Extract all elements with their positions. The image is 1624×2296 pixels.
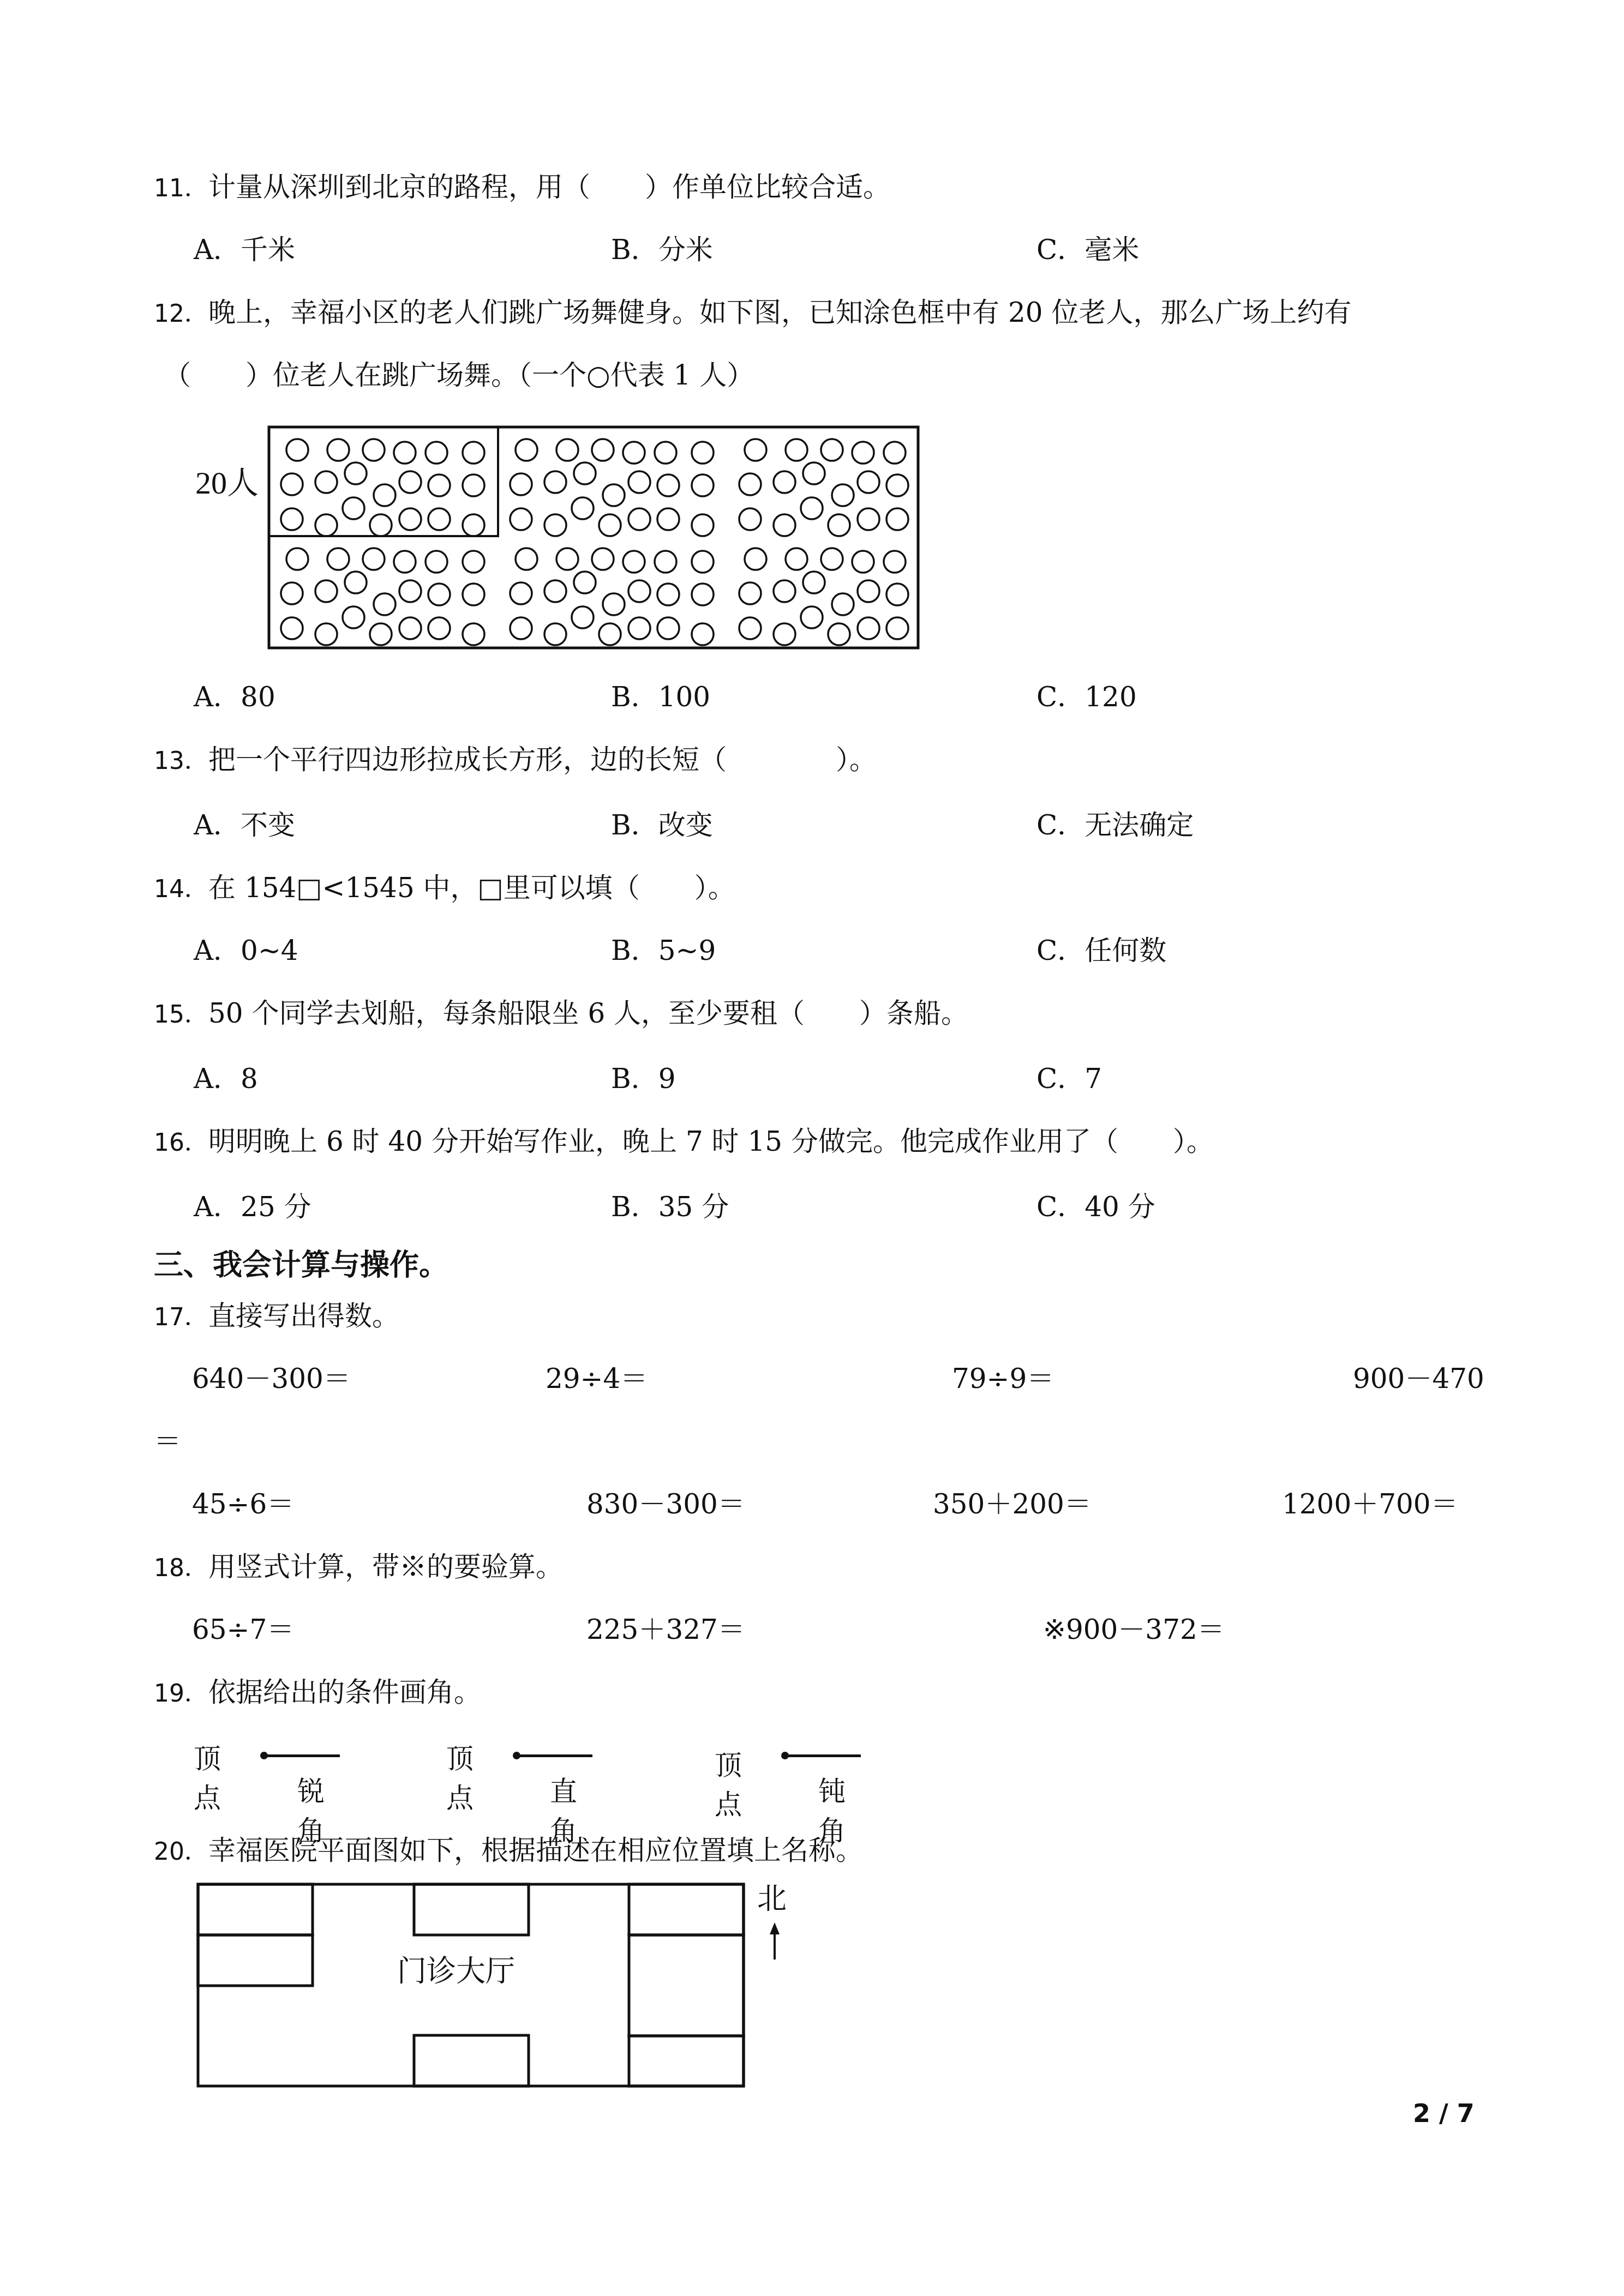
person-circle-icon — [428, 584, 450, 605]
question-text: 计量从深圳到北京的路程，用（ ）作单位比较合适。 — [208, 171, 890, 203]
person-circle-icon — [884, 442, 906, 464]
person-circle-icon — [463, 442, 484, 464]
person-circle-icon — [428, 508, 450, 530]
person-circle-icon — [886, 617, 908, 639]
question-number: 11． — [154, 175, 208, 202]
person-circle-icon — [516, 439, 537, 461]
person-circle-icon — [572, 497, 594, 519]
person-circle-icon — [786, 548, 807, 570]
person-circle-icon — [623, 442, 645, 464]
question-text: 把一个平行四边形拉成长方形，边的长短（ ）。 — [208, 744, 877, 776]
question-text: 在 154□<1545 中，□里可以填（ ）。 — [208, 872, 735, 904]
option-a: A．25 分 — [194, 1191, 311, 1223]
person-circle-icon — [544, 623, 566, 645]
question-number: 19． — [154, 1680, 208, 1708]
person-circle-icon — [363, 548, 385, 570]
person-circle-icon — [544, 514, 566, 536]
question-17: 17．直接写出得数。 — [154, 1300, 399, 1334]
person-circle-icon — [886, 508, 908, 530]
person-circle-icon — [628, 580, 650, 602]
person-circle-icon — [858, 580, 879, 602]
option-c: C．无法确定 — [1036, 809, 1194, 842]
question-14: 14．在 154□<1545 中，□里可以填（ ）。 — [154, 871, 735, 906]
north-arrow-icon — [766, 1922, 783, 1961]
person-circle-icon — [394, 551, 416, 573]
person-circle-icon — [858, 471, 879, 493]
person-circle-icon — [544, 471, 566, 493]
person-circle-icon — [803, 572, 825, 593]
person-circle-icon — [801, 606, 823, 628]
person-circle-icon — [592, 439, 614, 461]
person-circle-icon — [628, 471, 650, 493]
question-12: 12．晚上，幸福小区的老人们跳广场舞健身。如下图，已知涂色框中有 20 位老人，… — [154, 296, 1351, 330]
person-circle-icon — [281, 582, 303, 604]
person-circle-icon — [774, 623, 795, 645]
person-circle-icon — [394, 442, 416, 464]
calc-item: 79÷9＝ — [952, 1362, 1054, 1395]
person-circle-icon — [370, 623, 392, 645]
section-heading: 三、我会计算与操作。 — [154, 1248, 448, 1283]
person-circle-icon — [544, 580, 566, 602]
option-c: C．毫米 — [1036, 233, 1139, 266]
person-circle-icon — [463, 584, 484, 605]
person-circle-icon — [510, 473, 532, 495]
person-circle-icon — [281, 508, 303, 530]
person-circle-icon — [286, 439, 308, 461]
person-circle-icon — [852, 442, 874, 464]
person-circle-icon — [574, 572, 596, 593]
question-text: 50 个同学去划船，每条船限坐 6 人，至少要租（ ）条船。 — [208, 997, 968, 1029]
option-b: B．100 — [611, 681, 710, 713]
option-b: B．35 分 — [611, 1191, 729, 1223]
person-circle-icon — [510, 617, 532, 639]
person-circle-icon — [739, 582, 761, 604]
option-a: A．千米 — [194, 233, 295, 266]
question-12-line2: （ ）位老人在跳广场舞。（一个○代表 1 人） — [164, 359, 754, 392]
question-number: 13． — [154, 747, 208, 775]
option-b: B．改变 — [611, 809, 713, 842]
person-circle-icon — [315, 471, 337, 493]
person-circle-icon — [774, 514, 795, 536]
person-circle-icon — [657, 617, 679, 639]
question-15: 15．50 个同学去划船，每条船限坐 6 人，至少要租（ ）条船。 — [154, 997, 968, 1031]
person-circle-icon — [603, 484, 625, 506]
ray-line — [263, 1754, 340, 1757]
person-circle-icon — [370, 514, 392, 536]
north-label: 北 — [757, 1883, 787, 1915]
person-circle-icon — [574, 462, 596, 484]
person-circle-icon — [657, 474, 679, 496]
person-circle-icon — [801, 497, 823, 519]
person-circle-icon — [832, 593, 854, 615]
question-13: 13．把一个平行四边形拉成长方形，边的长短（ ）。 — [154, 743, 877, 778]
option-b: B．分米 — [611, 233, 713, 266]
person-circle-icon — [516, 548, 537, 570]
calc-item: 29÷4＝ — [546, 1362, 648, 1395]
person-circle-icon — [692, 442, 714, 464]
person-circle-icon — [623, 551, 645, 573]
person-circle-icon — [828, 623, 850, 645]
page-number: 2 / 7 — [1413, 2099, 1475, 2128]
person-circle-icon — [655, 442, 676, 464]
person-circle-icon — [628, 508, 650, 530]
person-circle-icon — [556, 548, 578, 570]
person-circle-icon — [463, 623, 484, 645]
person-circle-icon — [572, 606, 594, 628]
person-circle-icon — [286, 548, 308, 570]
question-18: 18．用竖式计算，带※的要验算。 — [154, 1550, 563, 1585]
question-number: 18． — [154, 1554, 208, 1582]
figure-label-20: 20人 — [195, 457, 259, 503]
person-circle-icon — [739, 508, 761, 530]
question-16: 16．明明晚上 6 时 40 分开始写作业，晚上 7 时 15 分做完。他完成作… — [154, 1125, 1214, 1159]
dancers-figure — [267, 425, 922, 652]
person-circle-icon — [399, 508, 421, 530]
question-text: 明明晚上 6 时 40 分开始写作业，晚上 7 时 15 分做完。他完成作业用了… — [208, 1126, 1214, 1157]
person-circle-icon — [399, 617, 421, 639]
person-circle-icon — [692, 474, 714, 496]
person-circle-icon — [343, 497, 364, 519]
person-circle-icon — [281, 617, 303, 639]
option-b: B．9 — [611, 1062, 676, 1095]
person-circle-icon — [739, 617, 761, 639]
calc-item: 640－300＝ — [192, 1362, 351, 1395]
calc-item: 1200＋700＝ — [1282, 1488, 1458, 1520]
option-c: C．7 — [1036, 1062, 1102, 1095]
person-circle-icon — [786, 439, 807, 461]
person-circle-icon — [426, 551, 447, 573]
person-circle-icon — [657, 508, 679, 530]
person-circle-icon — [692, 584, 714, 605]
person-circle-icon — [692, 551, 714, 573]
person-circle-icon — [599, 623, 621, 645]
option-a: A．80 — [194, 681, 275, 713]
person-circle-icon — [828, 514, 850, 536]
person-circle-icon — [327, 439, 349, 461]
person-circle-icon — [692, 623, 714, 645]
person-circle-icon — [832, 484, 854, 506]
ray-line — [784, 1754, 861, 1757]
option-a: A．8 — [194, 1062, 258, 1095]
calc-item: 900－470 — [1353, 1362, 1484, 1395]
person-circle-icon — [745, 439, 766, 461]
person-circle-icon — [428, 617, 450, 639]
person-circle-icon — [345, 462, 367, 484]
person-circle-icon — [345, 572, 367, 593]
person-circle-icon — [886, 474, 908, 496]
calc-item: 225＋327＝ — [586, 1613, 745, 1646]
person-circle-icon — [774, 471, 795, 493]
question-text: 依据给出的条件画角。 — [208, 1676, 481, 1708]
person-circle-icon — [774, 580, 795, 602]
question-19: 19．依据给出的条件画角。 — [154, 1676, 481, 1710]
person-circle-icon — [363, 439, 385, 461]
calc-item: 65÷7＝ — [192, 1613, 294, 1646]
person-circle-icon — [510, 508, 532, 530]
person-circle-icon — [399, 471, 421, 493]
person-circle-icon — [692, 514, 714, 536]
person-circle-icon — [315, 514, 337, 536]
person-circle-icon — [592, 548, 614, 570]
person-circle-icon — [803, 462, 825, 484]
person-circle-icon — [739, 473, 761, 495]
person-circle-icon — [426, 442, 447, 464]
option-c: C．任何数 — [1036, 934, 1166, 967]
person-circle-icon — [374, 484, 395, 506]
vertex-label: 顶点 — [446, 1737, 474, 1816]
question-text: 直接写出得数。 — [208, 1300, 399, 1332]
vertex-label: 顶点 — [715, 1744, 742, 1822]
option-c: C．120 — [1036, 681, 1137, 713]
option-b: B．5~9 — [611, 934, 716, 967]
person-circle-icon — [858, 508, 879, 530]
person-circle-icon — [510, 582, 532, 604]
question-text-line1: 晚上，幸福小区的老人们跳广场舞健身。如下图，已知涂色框中有 20 位老人，那么广… — [208, 297, 1351, 328]
person-circle-icon — [374, 593, 395, 615]
person-circle-icon — [315, 623, 337, 645]
calc-item: 350＋200＝ — [933, 1488, 1092, 1520]
person-circle-icon — [655, 551, 676, 573]
person-circle-icon — [852, 551, 874, 573]
person-circle-icon — [858, 617, 879, 639]
question-number: 16． — [154, 1129, 208, 1157]
person-circle-icon — [281, 473, 303, 495]
question-text: 幸福医院平面图如下，根据描述在相应位置填上名称。 — [208, 1835, 863, 1866]
vertex-label: 顶点 — [194, 1737, 221, 1816]
hall-label: 门诊大厅 — [397, 1955, 515, 1988]
person-circle-icon — [599, 514, 621, 536]
circle-grid-graphic — [267, 425, 922, 652]
person-circle-icon — [343, 606, 364, 628]
question-number: 12． — [154, 300, 208, 328]
person-circle-icon — [603, 593, 625, 615]
person-circle-icon — [628, 617, 650, 639]
person-circle-icon — [463, 514, 484, 536]
person-circle-icon — [556, 439, 578, 461]
option-a: A．不变 — [194, 809, 295, 842]
option-a: A．0~4 — [194, 934, 298, 967]
person-circle-icon — [399, 580, 421, 602]
person-circle-icon — [657, 584, 679, 605]
person-circle-icon — [745, 548, 766, 570]
question-number: 14． — [154, 875, 208, 903]
option-c: C．40 分 — [1036, 1191, 1155, 1223]
person-circle-icon — [463, 551, 484, 573]
question-number: 20． — [154, 1838, 208, 1866]
person-circle-icon — [821, 439, 843, 461]
person-circle-icon — [463, 474, 484, 496]
calc-item: 830－300＝ — [586, 1488, 745, 1520]
calc-item: 45÷6＝ — [192, 1488, 294, 1520]
question-11: 11．计量从深圳到北京的路程，用（ ）作单位比较合适。 — [154, 171, 890, 205]
ray-line — [516, 1754, 592, 1757]
person-circle-icon — [886, 584, 908, 605]
question-number: 15． — [154, 1001, 208, 1029]
person-circle-icon — [884, 551, 906, 573]
person-circle-icon — [428, 474, 450, 496]
question-20: 20．幸福医院平面图如下，根据描述在相应位置填上名称。 — [154, 1834, 863, 1868]
question-text: 用竖式计算，带※的要验算。 — [208, 1551, 563, 1583]
person-circle-icon — [315, 580, 337, 602]
person-circle-icon — [821, 548, 843, 570]
calc-item: ※900－372＝ — [1043, 1613, 1225, 1646]
person-circle-icon — [327, 548, 349, 570]
calc-wrap-equals: ＝ — [154, 1425, 181, 1458]
question-number: 17． — [154, 1303, 208, 1331]
